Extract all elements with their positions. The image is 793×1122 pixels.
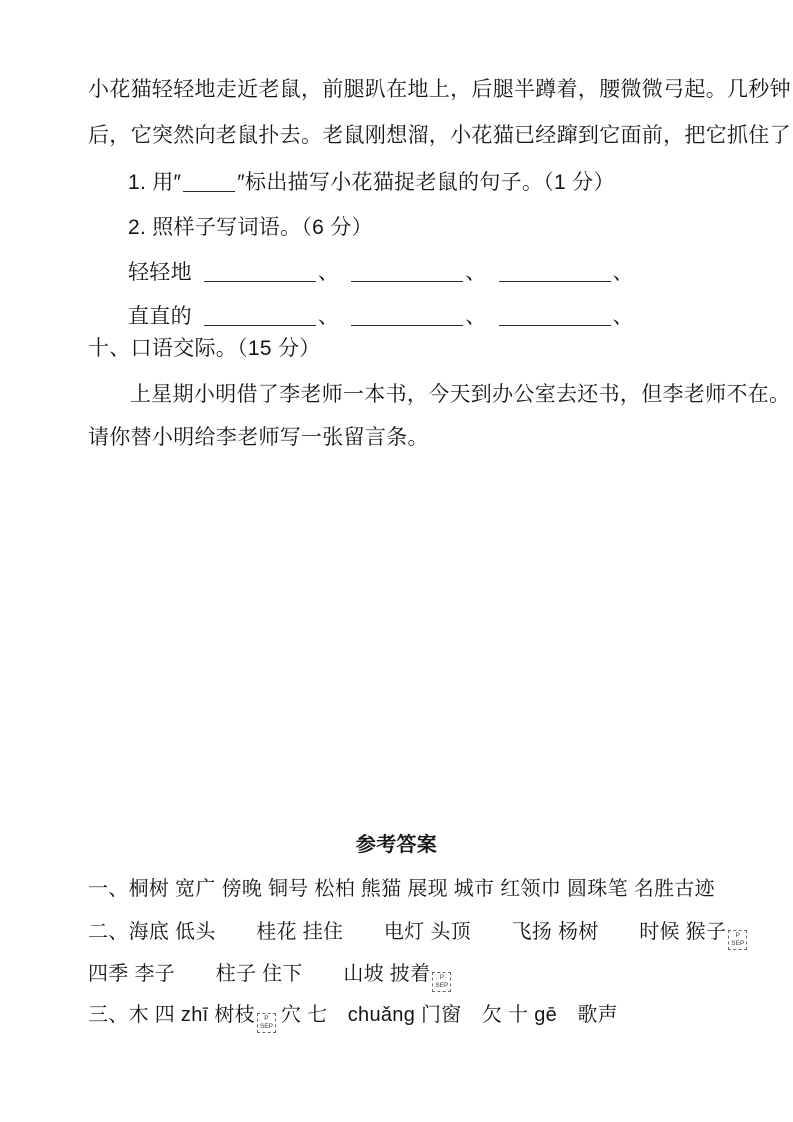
fill-blank xyxy=(204,260,316,282)
answer-line-2b-text: 四季 李子 柱子 住下 山坡 披着 xyxy=(88,963,430,985)
answer-key-heading: 参考答案 xyxy=(0,834,793,858)
fill-blank xyxy=(204,304,316,326)
fill-blank-small xyxy=(183,170,235,192)
answer-line-3-part1: 三、木 四 zhī 树枝 xyxy=(88,1004,255,1026)
fill-blank xyxy=(351,304,463,326)
prompt-line-1: 上星期小明借了李老师一本书，今天到办公室去还书，但李老师不在。 xyxy=(130,383,790,408)
answer-line-3-part2: 穴 七 chuǎng 门窗 欠 十 gē 歌声 xyxy=(281,1004,618,1026)
question-1-suffix: ″标出描写小花猫捉老鼠的句子。（1 分） xyxy=(237,171,614,194)
answer-line-2a: 二、海底 低头 桂花 挂住 电灯 头顶 飞扬 杨树 时候 猴子PSEP xyxy=(88,921,752,950)
psep-bottom-label: SEP xyxy=(260,1023,273,1031)
passage-line-2: 后，它突然向老鼠扑去。老鼠刚想溜，小花猫已经蹿到它面前，把它抓住了 xyxy=(88,124,791,149)
question-1: 1. 用″″标出描写小花猫捉老鼠的句子。（1 分） xyxy=(128,170,615,196)
blank-row-2: 直直的、、、 xyxy=(128,304,634,330)
answer-line-2a-text: 二、海底 低头 桂花 挂住 电灯 头顶 飞扬 杨树 时候 猴子 xyxy=(88,921,726,943)
passage-line-1: 小花猫轻轻地走近老鼠，前腿趴在地上，后腿半蹲着，腰微微弓起。几秒钟 xyxy=(88,78,791,103)
answer-line-3: 三、木 四 zhī 树枝PSEP穴 七 chuǎng 门窗 欠 十 gē 歌声 xyxy=(88,1004,618,1033)
fill-blank xyxy=(499,304,611,326)
psep-top-label: P xyxy=(440,974,444,982)
enum-comma: 、 xyxy=(613,305,634,328)
section-10-title: 十、口语交际。（15 分） xyxy=(88,337,321,362)
answer-line-2b: 四季 李子 柱子 住下 山坡 披着PSEP xyxy=(88,963,456,992)
question-2: 2. 照样子写词语。（6 分） xyxy=(128,216,373,241)
paragraph-separator-mark: PSEP xyxy=(728,930,747,950)
psep-bottom-label: SEP xyxy=(731,940,744,948)
prompt-line-2: 请你替小明给李老师写一张留言条。 xyxy=(88,426,429,451)
psep-bottom-label: SEP xyxy=(435,982,448,990)
enum-comma: 、 xyxy=(465,305,486,328)
paragraph-separator-mark: PSEP xyxy=(432,972,451,992)
paragraph-separator-mark: PSEP xyxy=(257,1013,276,1033)
exam-page: 小花猫轻轻地走近老鼠，前腿趴在地上，后腿半蹲着，腰微微弓起。几秒钟 后，它突然向… xyxy=(0,0,793,1122)
fill-blank xyxy=(351,260,463,282)
blank-row-2-label: 直直的 xyxy=(128,305,192,328)
enum-comma: 、 xyxy=(318,261,339,284)
enum-comma: 、 xyxy=(318,305,339,328)
answer-line-1: 一、桐树 宽广 傍晚 铜号 松柏 熊猫 展现 城市 红领巾 圆珠笔 名胜古迹 xyxy=(88,878,715,902)
psep-top-label: P xyxy=(264,1015,268,1023)
psep-top-label: P xyxy=(736,932,740,940)
blank-row-1-label: 轻轻地 xyxy=(128,261,192,284)
fill-blank xyxy=(499,260,611,282)
enum-comma: 、 xyxy=(465,261,486,284)
question-1-prefix: 1. 用″ xyxy=(128,171,181,194)
enum-comma: 、 xyxy=(613,261,634,284)
blank-row-1: 轻轻地、、、 xyxy=(128,260,634,286)
